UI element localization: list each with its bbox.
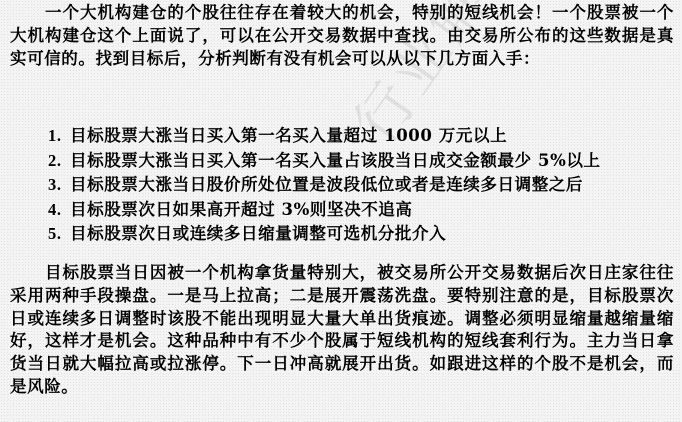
list-text: 目标股票大涨当日买入第一名买入量占该股当日成交金额最少 5%以上 (70, 151, 601, 170)
list-item: 4.目标股票次日如果高开超过 3%则坚决不追高 (48, 198, 601, 223)
list-text: 目标股票大涨当日买入第一名买入量超过 1000 万元以上 (70, 126, 507, 145)
criteria-list: 1.目标股票大涨当日买入第一名买入量超过 1000 万元以上 2.目标股票大涨当… (48, 124, 601, 247)
list-text: 目标股票大涨当日股价所处位置是波段低位或者是连续多日调整之后 (70, 175, 583, 194)
list-number: 4. (48, 198, 70, 223)
list-item: 1.目标股票大涨当日买入第一名买入量超过 1000 万元以上 (48, 124, 601, 149)
list-number: 3. (48, 173, 70, 198)
list-item: 2.目标股票大涨当日买入第一名买入量占该股当日成交金额最少 5%以上 (48, 149, 601, 174)
document-page: 行业解答 一个大机构建仓的个股往往存在着较大的机会，特别的短线机会！一个股票被一… (0, 0, 682, 422)
intro-paragraph: 一个大机构建仓的个股往往存在着较大的机会，特别的短线机会！一个股票被一个大机构建… (10, 2, 674, 70)
list-number: 5. (48, 222, 70, 247)
closing-paragraph: 目标股票当日因被一个机构拿货量特别大，被交易所公开交易数据后次日庄家往往采用两种… (10, 262, 674, 399)
list-number: 1. (48, 124, 70, 149)
list-item: 3.目标股票大涨当日股价所处位置是波段低位或者是连续多日调整之后 (48, 173, 601, 198)
list-text: 目标股票次日或连续多日缩量调整可选机分批介入 (70, 224, 446, 243)
list-number: 2. (48, 149, 70, 174)
list-item: 5.目标股票次日或连续多日缩量调整可选机分批介入 (48, 222, 601, 247)
list-text: 目标股票次日如果高开超过 3%则坚决不追高 (70, 200, 413, 219)
